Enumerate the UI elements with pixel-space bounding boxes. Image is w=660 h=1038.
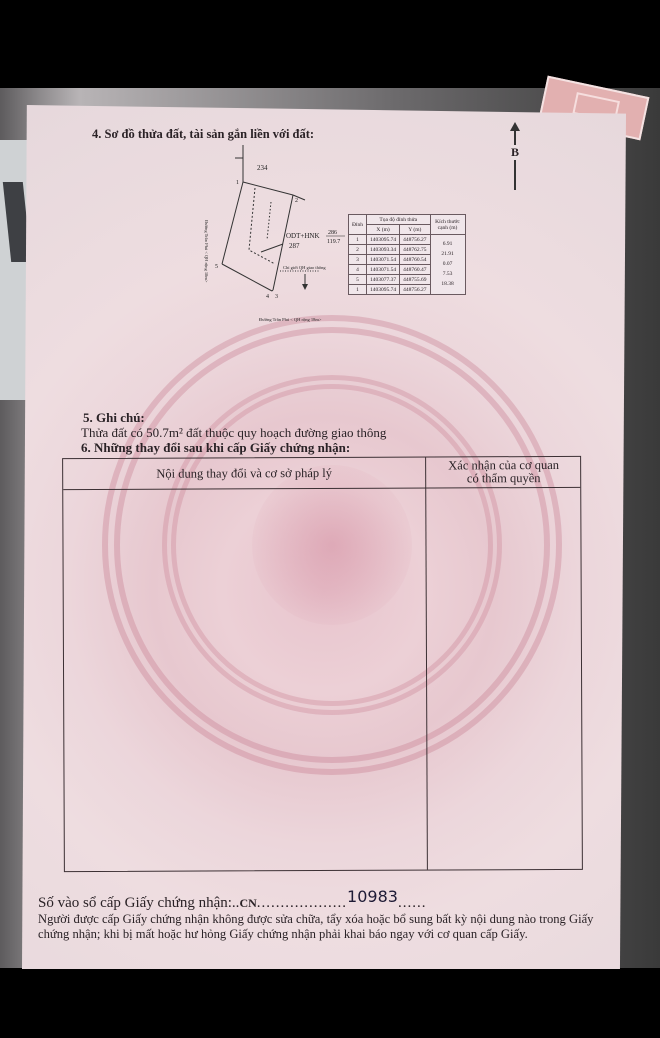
authority-confirmation-header: Xác nhận của cơ quan có thẩm quyền: [427, 459, 580, 486]
col-coords-group: Tọa độ đỉnh thửa: [367, 215, 431, 225]
registry-label: Số vào sổ cấp Giấy chứng nhận:..: [38, 895, 239, 911]
footer-warning-note: Người được cấp Giấy chứng nhận không đượ…: [38, 912, 613, 942]
road-label-left: Đường Trần Phú < QH rộng 18m>: [204, 220, 209, 283]
vertex-2: 2: [295, 198, 298, 204]
section-5-title: 5. Ghi chú:: [83, 410, 145, 426]
registry-number-line: Số vào sổ cấp Giấy chứng nhận:..CN......…: [38, 892, 426, 912]
column-divider: [425, 458, 428, 870]
vertex-3: 3: [275, 294, 278, 300]
registry-prefix: CN: [239, 896, 256, 910]
boundary-note: Chỉ giới QH giao thông: [283, 265, 326, 270]
section-5-note: Thửa đất có 50.7m² đất thuộc quy hoạch đ…: [81, 425, 386, 441]
parcel-number: 286: [328, 230, 337, 236]
land-use-code: ODT+HNK: [286, 232, 320, 240]
road-label-bottom: Đường Trần Phú < QH rộng 18m>: [259, 317, 322, 322]
changes-table: Nội dung thay đổi và cơ sở pháp lý Xác n…: [62, 456, 583, 872]
header-divider: [63, 487, 580, 491]
vertex-4: 4: [266, 294, 269, 300]
col-vertex: Đỉnh: [349, 215, 367, 235]
col-y: Y (m): [400, 225, 430, 235]
col-x: X (m): [367, 225, 400, 235]
north-label: B: [511, 145, 519, 160]
parcel-diagram: 234 ODT+HNK 286 119.7 287 Chỉ giới QH gi…: [175, 140, 375, 330]
vertex-5: 5: [215, 264, 218, 270]
registry-number: 10983: [347, 887, 398, 906]
changes-content-header: Nội dung thay đổi và cơ sở pháp lý: [63, 466, 425, 483]
col-edge-length: Kích thước cạnh (m): [430, 215, 465, 235]
edge-lengths: 6.9121.910.077.5318.38: [430, 235, 465, 295]
parcel-area: 119.7: [327, 239, 340, 245]
vertex-1: 1: [236, 180, 239, 186]
parcel-234-label: 234: [257, 164, 268, 172]
coordinate-table: Đỉnh Tọa độ đỉnh thửa Kích thước cạnh (m…: [348, 214, 466, 295]
parcel-287-label: 287: [289, 242, 300, 250]
table-row: 11403095.74448756.276.9121.910.077.5318.…: [349, 235, 466, 245]
section-6-title: 6. Những thay đổi sau khi cấp Giấy chứng…: [81, 440, 350, 456]
